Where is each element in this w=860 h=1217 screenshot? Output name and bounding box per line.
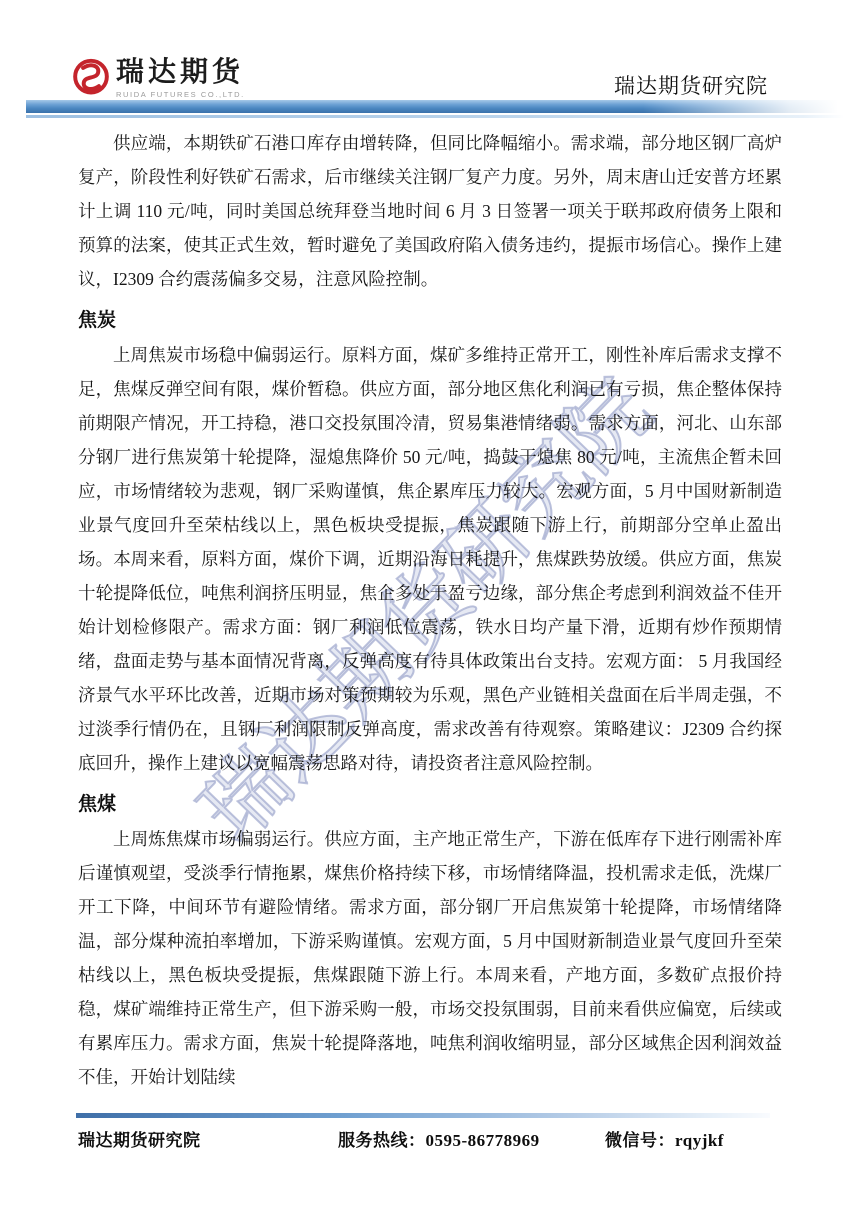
heading-coke: 焦炭 (78, 304, 782, 338)
footer-wechat: 微信号：rqyjkf (605, 1126, 724, 1151)
logo-text-block: 瑞达期货 RUIDA FUTURES CO.,LTD. (116, 56, 245, 99)
header-institute-title: 瑞达期货研究院 (614, 70, 768, 100)
header-divider-underline (26, 115, 844, 118)
document-page: 瑞达期货 RUIDA FUTURES CO.,LTD. 瑞达期货研究院 瑞达期货… (0, 0, 860, 1217)
header-divider-bar (26, 100, 838, 113)
paragraph-coke: 上周焦炭市场稳中偏弱运行。原料方面，煤矿多维持正常开工，刚性补库后需求支撑不足，… (78, 338, 782, 780)
report-body: 供应端，本期铁矿石港口库存由增转降，但同比降幅缩小。需求端，部分地区钢厂高炉复产… (78, 126, 782, 1094)
logo: 瑞达期货 RUIDA FUTURES CO.,LTD. (72, 56, 245, 102)
logo-en-text: RUIDA FUTURES CO.,LTD. (116, 90, 245, 99)
footer-hotline: 服务热线：0595-86778969 (338, 1126, 540, 1151)
header-divider-bar-fade (26, 100, 838, 113)
logo-cn-text: 瑞达期货 (116, 56, 245, 88)
footer-divider-bar (76, 1113, 770, 1118)
paragraph-iron-ore: 供应端，本期铁矿石港口库存由增转降，但同比降幅缩小。需求端，部分地区钢厂高炉复产… (78, 126, 782, 296)
heading-coking-coal: 焦煤 (78, 788, 782, 822)
ruida-logo-icon (72, 56, 110, 102)
footer-institute: 瑞达期货研究院 (78, 1126, 201, 1151)
paragraph-coking-coal: 上周炼焦煤市场偏弱运行。供应方面，主产地正常生产，下游在低库存下进行刚需补库后谨… (78, 822, 782, 1094)
